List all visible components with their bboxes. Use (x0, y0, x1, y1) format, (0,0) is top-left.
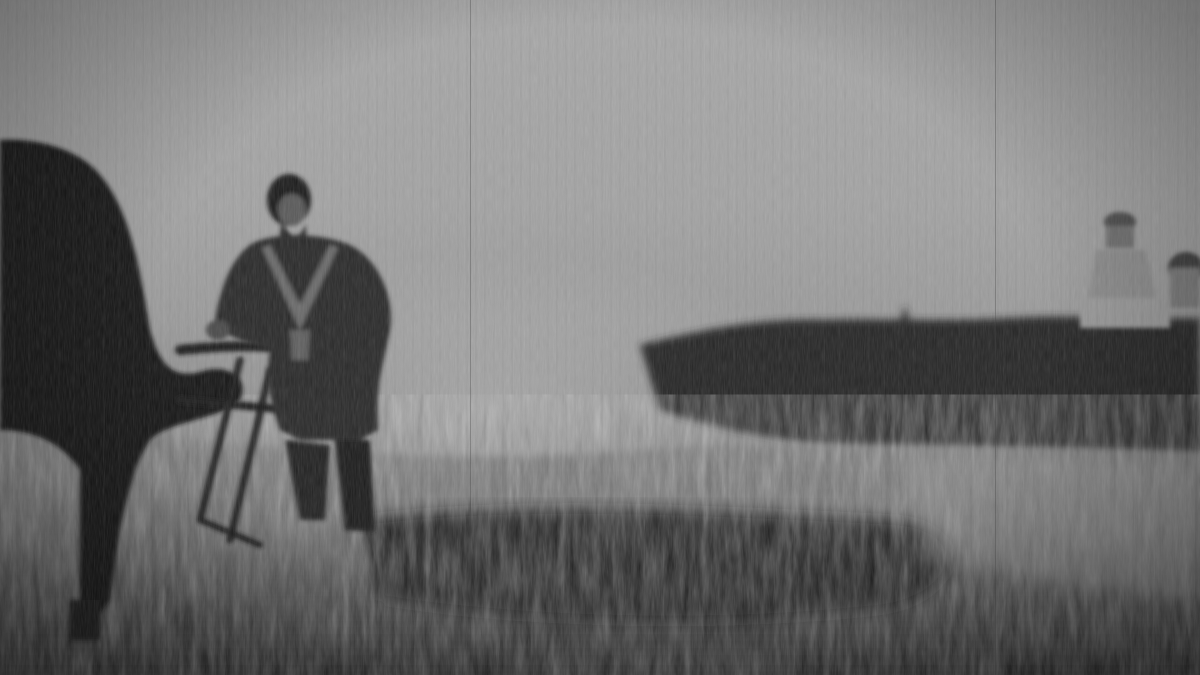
vignette (0, 0, 1200, 675)
film-still (0, 0, 1200, 675)
